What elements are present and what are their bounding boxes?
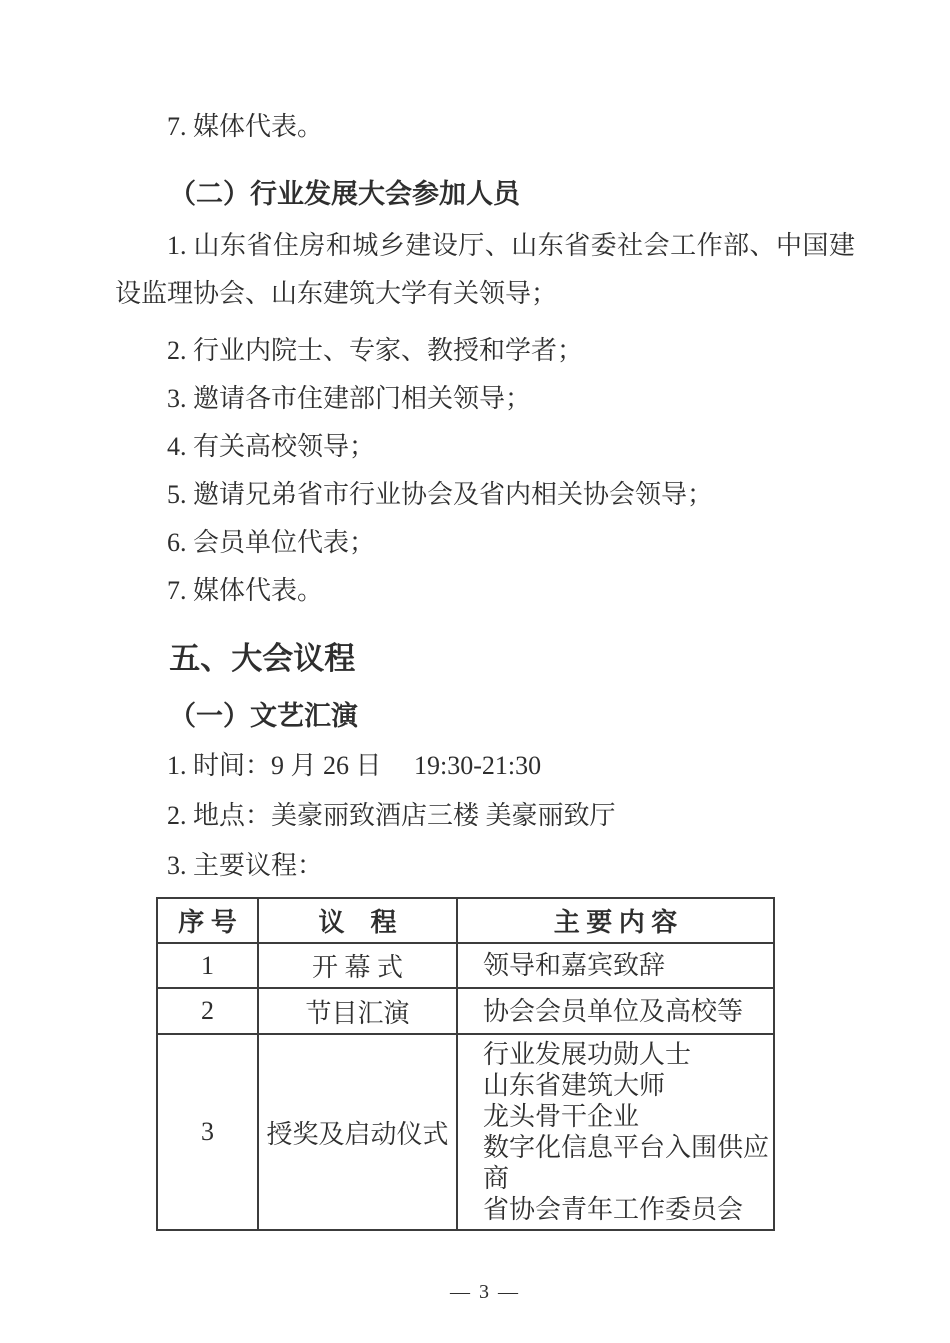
content-line: 领导和嘉宾致辞 xyxy=(483,950,773,981)
cell-agenda: 开 幕 式 xyxy=(258,943,457,988)
cell-no: 2 xyxy=(157,988,258,1034)
table-row-3: 3 授奖及启动仪式 行业发展功勋人士 山东省建筑大师 龙头骨干企业 数字化信息平… xyxy=(157,1034,774,1230)
section-heading-participants: （二）行业发展大会参加人员 xyxy=(115,170,855,218)
performance-place: 2. 地点：美豪丽致酒店三楼 美豪丽致厅 xyxy=(115,792,855,840)
agenda-table: 序 号 议 程 主 要 内 容 1 开 幕 式 领导和嘉宾致辞 2 节目汇演 xyxy=(156,897,775,1231)
document-page: 7. 媒体代表。 （二）行业发展大会参加人员 1. 山东省住房和城乡建设厅、山东… xyxy=(0,0,950,1343)
participant-item-6: 6. 会员单位代表； xyxy=(115,519,855,567)
table-header-no: 序 号 xyxy=(157,898,258,943)
document-content: 7. 媒体代表。 （二）行业发展大会参加人员 1. 山东省住房和城乡建设厅、山东… xyxy=(0,0,950,1304)
cell-no: 3 xyxy=(157,1034,258,1230)
content-line: 龙头骨干企业 xyxy=(483,1101,773,1132)
participant-item-3: 3. 邀请各市住建部门相关领导； xyxy=(115,375,855,423)
table-row-2: 2 节目汇演 协会会员单位及高校等 xyxy=(157,988,774,1034)
performance-agenda-label: 3. 主要议程： xyxy=(115,842,855,890)
content-line: 省协会青年工作委员会 xyxy=(483,1194,773,1225)
cell-content: 领导和嘉宾致辞 xyxy=(457,943,774,988)
content-line: 行业发展功勋人士 xyxy=(483,1039,773,1070)
table-header-row: 序 号 议 程 主 要 内 容 xyxy=(157,898,774,943)
cell-content: 协会会员单位及高校等 xyxy=(457,988,774,1034)
table-header-agenda: 议 程 xyxy=(258,898,457,943)
participant-item-5: 5. 邀请兄弟省市行业协会及省内相关协会领导； xyxy=(115,471,855,519)
cell-agenda: 授奖及启动仪式 xyxy=(258,1034,457,1230)
content-line: 数字化信息平台入围供应商 xyxy=(483,1132,773,1194)
participant-item-7: 7. 媒体代表。 xyxy=(115,567,855,615)
participant-item-1: 1. 山东省住房和城乡建设厅、山东省委社会工作部、中国建设监理协会、山东建筑大学… xyxy=(115,222,855,318)
participant-item-4: 4. 有关高校领导； xyxy=(115,423,855,471)
participant-item-2: 2. 行业内院士、专家、教授和学者； xyxy=(115,327,855,375)
performance-time: 1. 时间：9 月 26 日 19:30-21:30 xyxy=(115,742,855,790)
subsection-heading-performance: （一）文艺汇演 xyxy=(115,692,855,740)
table-header-content: 主 要 内 容 xyxy=(457,898,774,943)
page-number: — 3 — xyxy=(115,1280,855,1304)
section-heading-agenda: 五、大会议程 xyxy=(115,635,855,683)
table-row-1: 1 开 幕 式 领导和嘉宾致辞 xyxy=(157,943,774,988)
list-item-media-prev: 7. 媒体代表。 xyxy=(115,103,855,151)
cell-no: 1 xyxy=(157,943,258,988)
cell-content: 行业发展功勋人士 山东省建筑大师 龙头骨干企业 数字化信息平台入围供应商 省协会… xyxy=(457,1034,774,1230)
content-line: 山东省建筑大师 xyxy=(483,1070,773,1101)
content-line: 协会会员单位及高校等 xyxy=(483,996,773,1027)
cell-agenda: 节目汇演 xyxy=(258,988,457,1034)
